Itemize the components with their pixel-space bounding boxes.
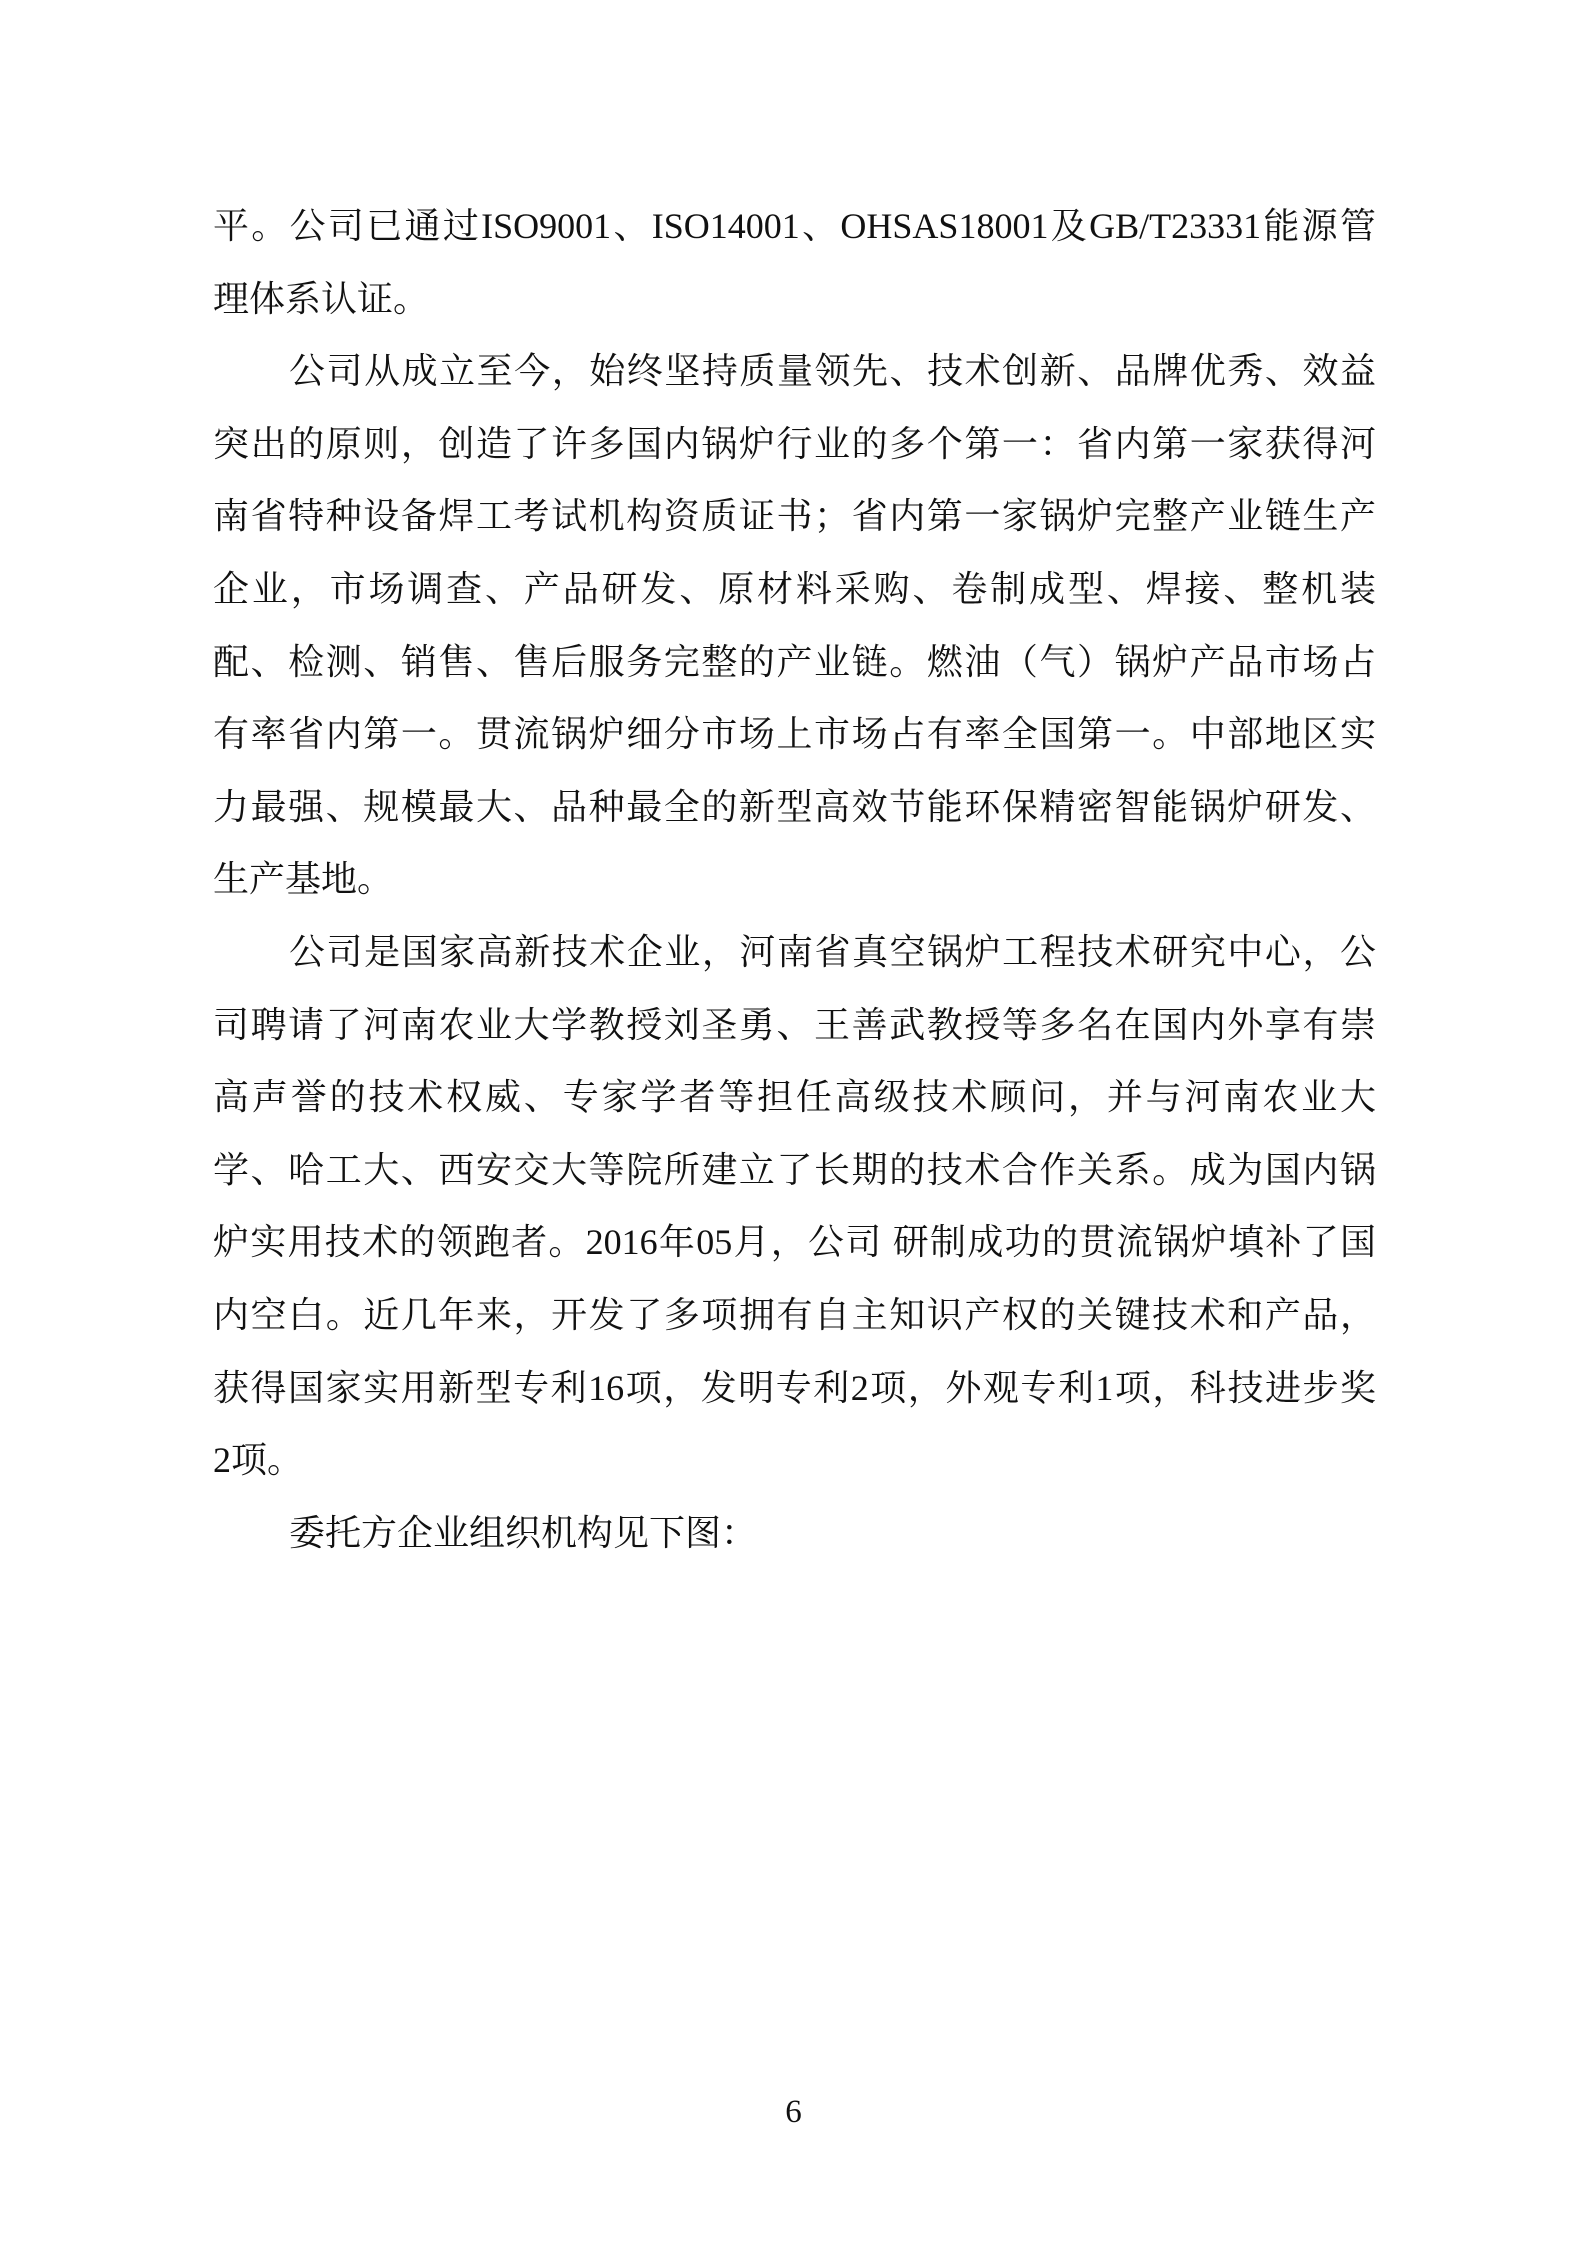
text-line: 委托方企业组织机构见下图： — [213, 1497, 1376, 1570]
text-line: 企业，市场调查、产品研发、原材料采购、卷制成型、焊接、整机装 — [213, 553, 1376, 626]
text-line: 学、哈工大、西安交大等院所建立了长期的技术合作关系。成为国内锅 — [213, 1134, 1376, 1207]
text-line: 突出的原则，创造了许多国内锅炉行业的多个第一：省内第一家获得河 — [213, 408, 1376, 481]
text-line: 炉实用技术的领跑者。2016年05月，公司 研制成功的贯流锅炉填补了国 — [213, 1206, 1376, 1279]
text-line: 有率省内第一。贯流锅炉细分市场上市场占有率全国第一。中部地区实 — [213, 698, 1376, 771]
text-line: 力最强、规模最大、品种最全的新型高效节能环保精密智能锅炉研发、 — [213, 771, 1376, 844]
text-line: 平。公司已通过ISO9001、ISO14001、OHSAS18001及GB/T2… — [213, 190, 1376, 263]
page-number: 6 — [0, 2094, 1587, 2131]
text-line: 配、检测、销售、售后服务完整的产业链。燃油（气）锅炉产品市场占 — [213, 626, 1376, 699]
text-line: 理体系认证。 — [213, 263, 1376, 336]
text-line: 获得国家实用新型专利16项，发明专利2项，外观专利1项，科技进步奖 — [213, 1352, 1376, 1425]
text-line: 公司是国家高新技术企业，河南省真空锅炉工程技术研究中心，公 — [213, 916, 1376, 989]
text-line: 司聘请了河南农业大学教授刘圣勇、王善武教授等多名在国内外享有崇 — [213, 989, 1376, 1062]
text-line: 2项。 — [213, 1424, 1376, 1497]
text-line: 公司从成立至今，始终坚持质量领先、技术创新、品牌优秀、效益 — [213, 335, 1376, 408]
text-line: 高声誉的技术权威、专家学者等担任高级技术顾问，并与河南农业大 — [213, 1061, 1376, 1134]
text-line: 生产基地。 — [213, 843, 1376, 916]
document-page: 平。公司已通过ISO9001、ISO14001、OHSAS18001及GB/T2… — [0, 0, 1587, 2245]
text-line: 南省特种设备焊工考试机构资质证书；省内第一家锅炉完整产业链生产 — [213, 480, 1376, 553]
document-body: 平。公司已通过ISO9001、ISO14001、OHSAS18001及GB/T2… — [213, 190, 1376, 1569]
text-line: 内空白。近几年来，开发了多项拥有自主知识产权的关键技术和产品， — [213, 1279, 1376, 1352]
